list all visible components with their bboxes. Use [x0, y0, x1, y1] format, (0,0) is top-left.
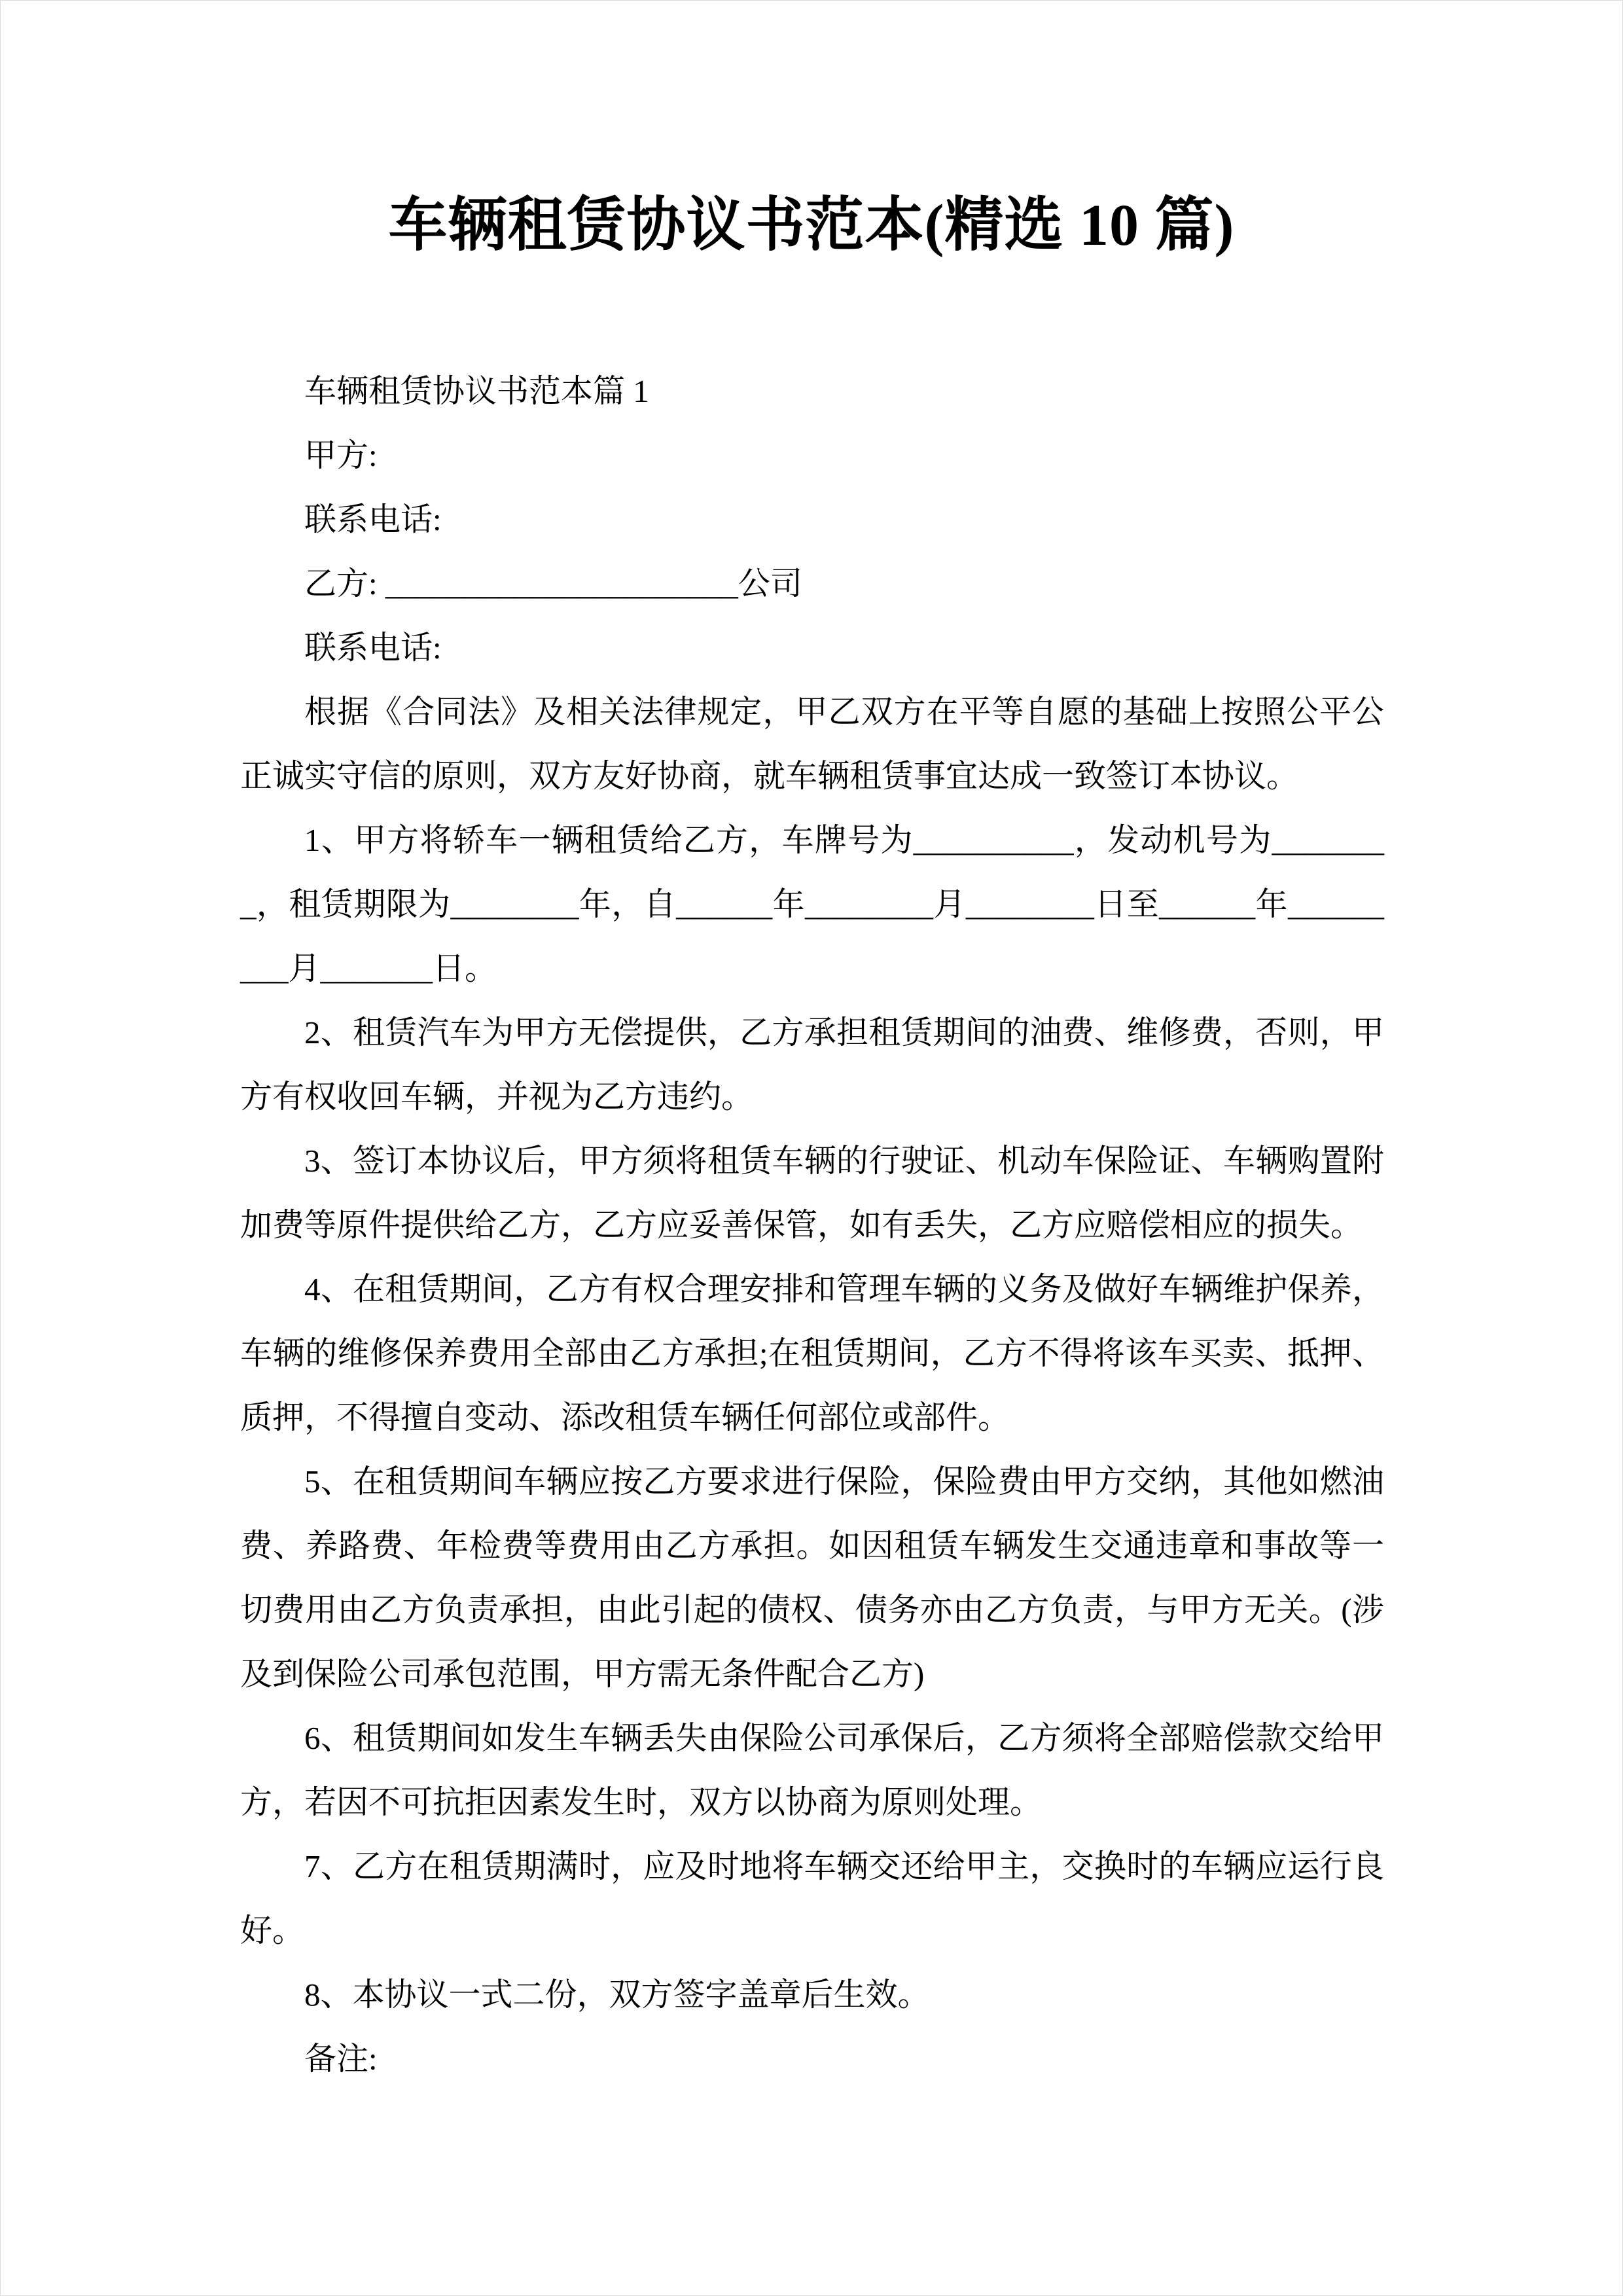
document-title: 车辆租赁协议书范本(精选 10 篇): [1, 1, 1622, 261]
clause-4: 4、在租赁期间，乙方有权合理安排和管理车辆的义务及做好车辆维护保养，车辆的维修保…: [240, 1257, 1384, 1450]
clause-7: 7、乙方在租赁期满时，应及时地将车辆交还给甲主，交换时的车辆应运行良好。: [240, 1835, 1384, 1963]
clause-5: 5、在租赁期间车辆应按乙方要求进行保险，保险费由甲方交纳，其他如燃油费、养路费、…: [240, 1450, 1384, 1706]
remarks-label: 备注:: [240, 2027, 1384, 2091]
section-heading: 车辆租赁协议书范本篇 1: [240, 359, 1384, 423]
clause-1: 1、甲方将轿车一辆租赁给乙方，车牌号为__________，发动机号为_____…: [240, 808, 1384, 1001]
clause-3: 3、签订本协议后，甲方须将租赁车辆的行驶证、机动车保险证、车辆购置附加费等原件提…: [240, 1129, 1384, 1257]
clause-6: 6、租赁期间如发生车辆丢失由保险公司承保后，乙方须将全部赔偿款交给甲方，若因不可…: [240, 1706, 1384, 1835]
party-b-phone-label: 联系电话:: [240, 616, 1384, 680]
party-a-phone-label: 联系电话:: [240, 488, 1384, 552]
party-b-company-line: 乙方: ______________________公司: [240, 552, 1384, 616]
clause-8: 8、本协议一式二份，双方签字盖章后生效。: [240, 1963, 1384, 2027]
document-page: 车辆租赁协议书范本(精选 10 篇) 车辆租赁协议书范本篇 1 甲方: 联系电话…: [0, 0, 1623, 2296]
party-a-label: 甲方:: [240, 423, 1384, 488]
preamble-paragraph: 根据《合同法》及相关法律规定，甲乙双方在平等自愿的基础上按照公平公正诚实守信的原…: [240, 680, 1384, 808]
document-body: 车辆租赁协议书范本篇 1 甲方: 联系电话: 乙方: _____________…: [240, 359, 1384, 2091]
clause-2: 2、租赁汽车为甲方无偿提供，乙方承担租赁期间的油费、维修费，否则，甲方有权收回车…: [240, 1001, 1384, 1129]
